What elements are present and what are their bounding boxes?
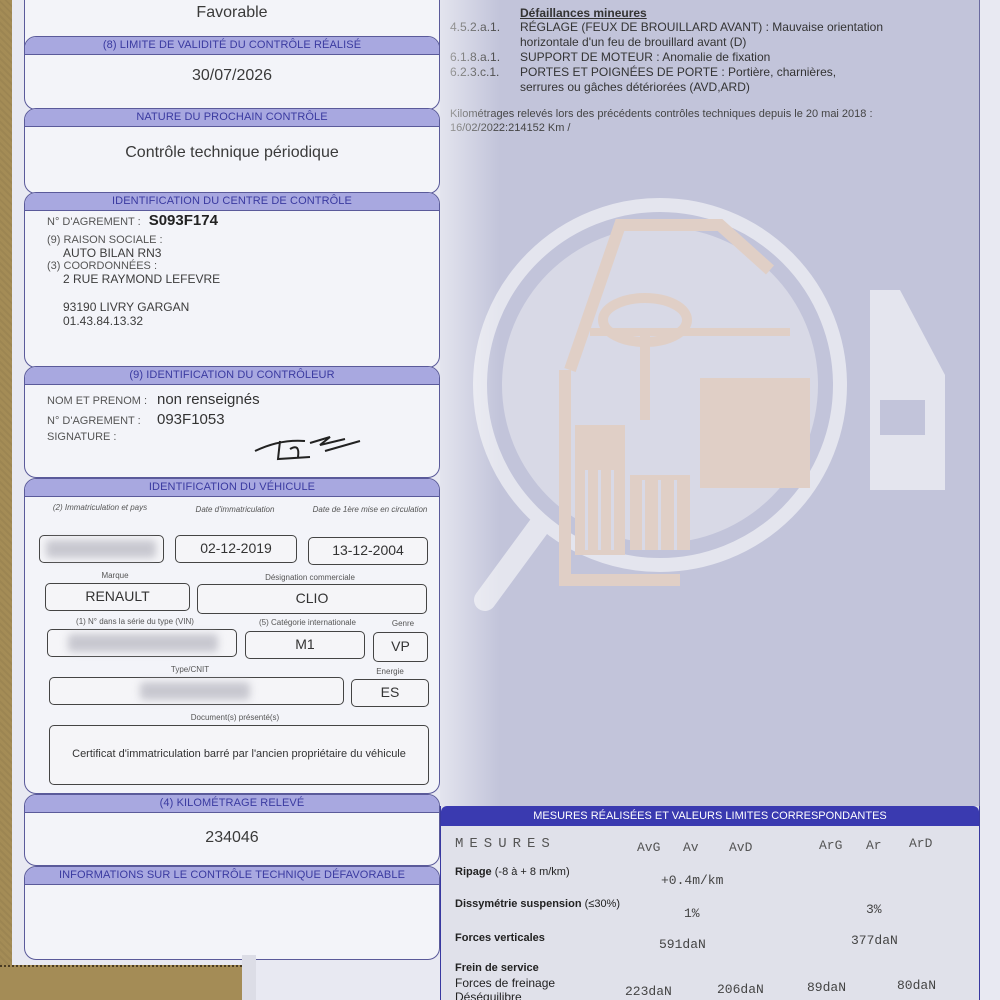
defect-item: 4.5.2.a.1. RÉGLAGE (FEUX DE BROUILLARD A… bbox=[450, 20, 970, 35]
coord-label: (3) COORDONNÉES : bbox=[47, 260, 439, 272]
kilometrage-box: (4) KILOMÉTRAGE RELEVÉ 234046 bbox=[24, 794, 440, 866]
centre-agrement-label: N° D'AGREMENT : bbox=[47, 214, 141, 230]
forces-vert-ar-value: 377daN bbox=[851, 933, 898, 948]
next-control-value: Contrôle technique périodique bbox=[25, 127, 439, 162]
nom-value: non renseignés bbox=[157, 391, 260, 408]
documents-label: Document(s) présenté(s) bbox=[145, 713, 325, 722]
next-control-header: NATURE DU PROCHAIN CONTRÔLE bbox=[25, 109, 439, 127]
measurements-header: MESURES RÉALISÉES ET VALEURS LIMITES COR… bbox=[441, 806, 979, 826]
measurements-title: MESURES bbox=[455, 836, 556, 852]
forces-frein-avg-value: 223daN bbox=[625, 984, 672, 999]
dissym-label: Dissymétrie suspension bbox=[455, 898, 582, 910]
vehicule-body: (2) Immatriculation et pays Date d'immat… bbox=[25, 497, 439, 793]
type-field bbox=[49, 677, 344, 705]
raison-value: AUTO BILAN RN3 bbox=[47, 246, 439, 260]
kilometrage-value: 234046 bbox=[25, 813, 439, 847]
defect-item: 6.2.3.c.1. PORTES ET POIGNÉES DE PORTE :… bbox=[450, 65, 970, 80]
centre-box: IDENTIFICATION DU CENTRE DE CONTRÔLE N° … bbox=[24, 192, 440, 368]
forces-vert-label: Forces verticales bbox=[455, 932, 545, 944]
defect-text: serrures ou gâches détériorées (AVD,ARD) bbox=[520, 80, 750, 95]
forces-frein-label: Forces de freinage bbox=[455, 976, 555, 990]
defect-text: PORTES ET POIGNÉES DE PORTE : Portière, … bbox=[520, 65, 836, 80]
defavorable-box: INFORMATIONS SUR LE CONTRÔLE TECHNIQUE D… bbox=[24, 866, 440, 960]
defect-text: horizontale d'un feu de brouillard avant… bbox=[520, 35, 746, 50]
genre-label: Genre bbox=[373, 619, 433, 628]
forces-vert-av-value: 591daN bbox=[659, 937, 706, 952]
centre-body: N° D'AGREMENT : S093F174 (9) RAISON SOCI… bbox=[25, 211, 439, 328]
frein-row: Frein de service bbox=[455, 962, 539, 974]
column-avg: AvG bbox=[637, 840, 660, 855]
vin-label: (1) N° dans la série du type (VIN) bbox=[45, 617, 225, 626]
validity-header: (8) LIMITE DE VALIDITÉ DU CONTRÔLE RÉALI… bbox=[25, 37, 439, 55]
defavorable-header: INFORMATIONS SUR LE CONTRÔLE TECHNIQUE D… bbox=[25, 867, 439, 885]
defect-item-cont: horizontale d'un feu de brouillard avant… bbox=[450, 35, 970, 50]
dissym-ar-value: 3% bbox=[866, 902, 882, 917]
dissym-av-value: 1% bbox=[684, 906, 700, 921]
column-ar: Ar bbox=[866, 838, 882, 853]
kilometrage-header: (4) KILOMÉTRAGE RELEVÉ bbox=[25, 795, 439, 813]
defect-text: SUPPORT DE MOTEUR : Anomalie de fixation bbox=[520, 50, 770, 65]
type-label: Type/CNIT bbox=[125, 665, 255, 674]
column-av: Av bbox=[683, 840, 699, 855]
desk-corner bbox=[0, 965, 242, 1000]
watermark-car-inspection-logo bbox=[470, 180, 970, 660]
frein-label: Frein de service bbox=[455, 962, 539, 974]
controleur-agrement-value: 093F1053 bbox=[157, 411, 225, 428]
controleur-agrement-label: N° D'AGREMENT : bbox=[47, 415, 157, 427]
left-column: Favorable (8) LIMITE DE VALIDITÉ DU CONT… bbox=[24, 0, 440, 960]
designation-label: Désignation commerciale bbox=[195, 573, 425, 582]
phone: 01.43.84.13.32 bbox=[47, 314, 439, 328]
type-redacted bbox=[140, 682, 250, 700]
forces-vert-row: Forces verticales bbox=[455, 932, 545, 944]
marque-label: Marque bbox=[45, 571, 185, 580]
date-immat-field: 02-12-2019 bbox=[175, 535, 297, 563]
address-line2: 93190 LIVRY GARGAN bbox=[47, 300, 439, 314]
dissym-limit: (≤30%) bbox=[585, 898, 620, 910]
km-history-line: 16/02/2022:214152 Km / bbox=[450, 121, 970, 135]
categorie-field: M1 bbox=[245, 631, 365, 659]
ripage-row: Ripage (-8 à + 8 m/km) bbox=[455, 866, 570, 878]
desequilibre-row: Déséquilibre bbox=[455, 990, 522, 1000]
forces-frein-ard-value: 80daN bbox=[897, 978, 936, 993]
forces-frein-arg-value: 89daN bbox=[807, 980, 846, 995]
ripage-limit: (-8 à + 8 m/km) bbox=[495, 866, 570, 878]
marque-field: RENAULT bbox=[45, 583, 190, 611]
vin-field bbox=[47, 629, 237, 657]
km-history: Kilométrages relevés lors des précédents… bbox=[450, 107, 970, 135]
signature-scribble-icon bbox=[250, 429, 365, 465]
dissym-row: Dissymétrie suspension (≤30%) bbox=[455, 898, 620, 910]
column-ard: ArD bbox=[909, 836, 932, 851]
date-circ-field: 13-12-2004 bbox=[308, 537, 428, 565]
immat-field bbox=[39, 535, 164, 563]
vehicule-header: IDENTIFICATION DU VÉHICULE bbox=[25, 479, 439, 497]
date-immat-label: Date d'immatriculation bbox=[175, 505, 295, 514]
defect-text: RÉGLAGE (FEUX DE BROUILLARD AVANT) : Mau… bbox=[520, 20, 883, 35]
centre-header: IDENTIFICATION DU CENTRE DE CONTRÔLE bbox=[25, 193, 439, 211]
forces-frein-avd-value: 206daN bbox=[717, 982, 764, 997]
spacer bbox=[47, 286, 439, 300]
validity-value: 30/07/2026 bbox=[25, 55, 439, 85]
controleur-header: (9) IDENTIFICATION DU CONTRÔLEUR bbox=[25, 367, 439, 385]
documents-field: Certificat d'immatriculation barré par l… bbox=[49, 725, 429, 785]
km-history-line: Kilométrages relevés lors des précédents… bbox=[450, 107, 970, 121]
defects-title: Défaillances mineures bbox=[520, 6, 970, 20]
signature-label: SIGNATURE : bbox=[47, 431, 157, 443]
column-avd: AvD bbox=[729, 840, 752, 855]
defect-item-cont: serrures ou gâches détériorées (AVD,ARD) bbox=[450, 80, 970, 95]
measurements-panel: MESURES RÉALISÉES ET VALEURS LIMITES COR… bbox=[440, 806, 980, 1000]
vehicule-box: IDENTIFICATION DU VÉHICULE (2) Immatricu… bbox=[24, 478, 440, 794]
ripage-value: +0.4m/km bbox=[661, 873, 723, 888]
result-value: Favorable bbox=[25, 0, 439, 22]
date-circ-label: Date de 1ère mise en circulation bbox=[310, 505, 430, 514]
defects-section: Défaillances mineures 4.5.2.a.1. RÉGLAGE… bbox=[450, 6, 970, 135]
ripage-label: Ripage bbox=[455, 866, 492, 878]
signature-row: SIGNATURE : bbox=[47, 431, 439, 451]
raison-label: (9) RAISON SOCIALE : bbox=[47, 234, 439, 246]
energie-field: ES bbox=[351, 679, 429, 707]
designation-field: CLIO bbox=[197, 584, 427, 614]
column-arg: ArG bbox=[819, 838, 842, 853]
categorie-label: (5) Catégorie internationale bbox=[245, 618, 370, 627]
controleur-body: NOM ET PRENOM : non renseignés N° D'AGRE… bbox=[25, 385, 439, 451]
validity-box: (8) LIMITE DE VALIDITÉ DU CONTRÔLE RÉALI… bbox=[24, 36, 440, 110]
immat-label: (2) Immatriculation et pays bbox=[35, 503, 165, 512]
forces-frein-row: Forces de freinage bbox=[455, 976, 555, 990]
controleur-agrement-row: N° D'AGREMENT : 093F1053 bbox=[47, 411, 439, 431]
energie-label: Energie bbox=[355, 667, 425, 676]
vin-redacted bbox=[68, 634, 218, 652]
nom-label: NOM ET PRENOM : bbox=[47, 395, 157, 407]
next-control-box: NATURE DU PROCHAIN CONTRÔLE Contrôle tec… bbox=[24, 108, 440, 194]
immat-redacted bbox=[46, 540, 156, 558]
centre-agrement-value: S093F174 bbox=[149, 213, 218, 229]
controleur-box: (9) IDENTIFICATION DU CONTRÔLEUR NOM ET … bbox=[24, 366, 440, 478]
genre-field: VP bbox=[373, 632, 428, 662]
address-line1: 2 RUE RAYMOND LEFEVRE bbox=[47, 272, 439, 286]
nom-row: NOM ET PRENOM : non renseignés bbox=[47, 391, 439, 411]
desequilibre-label: Déséquilibre bbox=[455, 990, 522, 1000]
paper-edge bbox=[242, 955, 256, 1000]
centre-agrement-row: N° D'AGREMENT : S093F174 bbox=[47, 213, 439, 230]
defect-item: 6.1.8.a.1. SUPPORT DE MOTEUR : Anomalie … bbox=[450, 50, 970, 65]
